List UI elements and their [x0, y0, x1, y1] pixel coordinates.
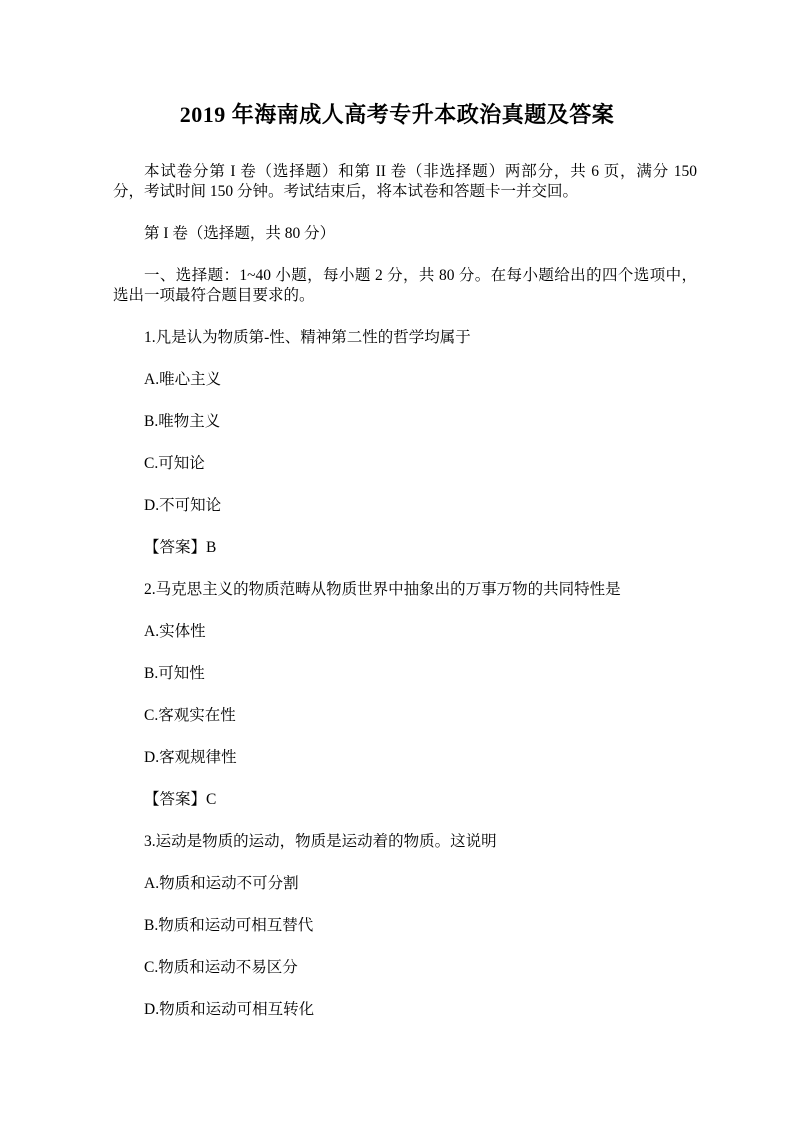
intro-paragraph: 本试卷分第 I 卷（选择题）和第 II 卷（非选择题）两部分，共 6 页，满分 … [113, 162, 697, 202]
question-stem: 1.凡是认为物质第-性、精神第二性的哲学均属于 [113, 328, 697, 348]
question-block-1: 1.凡是认为物质第-性、精神第二性的哲学均属于 A.唯心主义 B.唯物主义 C.… [113, 328, 697, 558]
option-b: B.可知性 [113, 664, 697, 684]
question-stem: 2.马克思主义的物质范畴从物质世界中抽象出的万事万物的共同特性是 [113, 580, 697, 600]
option-d: D.物质和运动可相互转化 [113, 1000, 697, 1020]
option-a: A.物质和运动不可分割 [113, 874, 697, 894]
option-b: B.唯物主义 [113, 412, 697, 432]
doc-title: 2019 年海南成人高考专升本政治真题及答案 [113, 100, 681, 130]
option-c: C.物质和运动不易区分 [113, 958, 697, 978]
option-a: A.唯心主义 [113, 370, 697, 390]
question-block-3: 3.运动是物质的运动，物质是运动着的物质。这说明 A.物质和运动不可分割 B.物… [113, 832, 697, 1020]
option-b: B.物质和运动可相互替代 [113, 916, 697, 936]
document-page: 2019 年海南成人高考专升本政治真题及答案 本试卷分第 I 卷（选择题）和第 … [0, 0, 794, 1123]
section-heading: 第 I 卷（选择题，共 80 分） [113, 224, 697, 244]
option-a: A.实体性 [113, 622, 697, 642]
question-block-2: 2.马克思主义的物质范畴从物质世界中抽象出的万事万物的共同特性是 A.实体性 B… [113, 580, 697, 810]
option-d: D.不可知论 [113, 496, 697, 516]
answer-line: 【答案】C [113, 790, 697, 810]
option-d: D.客观规律性 [113, 748, 697, 768]
directions-paragraph: 一、选择题：1~40 小题，每小题 2 分，共 80 分。在每小题给出的四个选项… [113, 266, 697, 306]
option-c: C.客观实在性 [113, 706, 697, 726]
option-c: C.可知论 [113, 454, 697, 474]
answer-line: 【答案】B [113, 538, 697, 558]
question-stem: 3.运动是物质的运动，物质是运动着的物质。这说明 [113, 832, 697, 852]
